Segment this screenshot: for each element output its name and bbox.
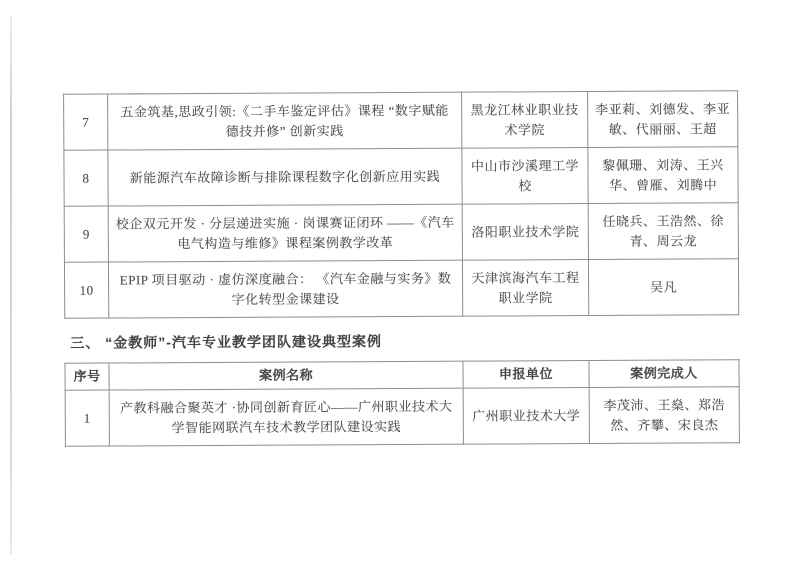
people-cell: 吴凡: [588, 259, 738, 316]
scanned-document-page: 7 五金筑基,思政引领:《二手车鉴定评估》课程 “数字赋能 德技并修” 创新实践…: [0, 0, 800, 566]
table-row: 8 新能源汽车故障诊断与排除课程数字化创新应用实践 中山市沙溪理工学校 黎佩珊、…: [64, 147, 738, 207]
case-title-cell: 新能源汽车故障诊断与排除课程数字化创新应用实践: [108, 148, 462, 206]
table-header-row: 序号 案例名称 申报单位 案例完成人: [65, 360, 739, 391]
section-heading: 三、 “金教师”-汽车专业教学团队建设典型案例: [70, 329, 740, 353]
org-cell: 黑龙江林业职业技术学院: [462, 92, 588, 149]
row-number-cell: 8: [64, 150, 108, 206]
case-title-cell: 产教科融合聚英才 ·协同创新育匠心——广州职业技术大学智能网联汽车技术教学团队建…: [109, 388, 463, 446]
org-cell: 中山市沙溪理工学校: [462, 148, 588, 205]
table-row: 7 五金筑基,思政引领:《二手车鉴定评估》课程 “数字赋能 德技并修” 创新实践…: [64, 91, 738, 151]
row-number-cell: 9: [64, 206, 108, 262]
case-title-cell: EPIP 项目驱动 · 虚仿深度融合： 《汽车金融与实务》数字化转型金课建设: [108, 260, 462, 318]
header-org: 申报单位: [463, 361, 589, 389]
org-cell: 广州职业技术大学: [463, 388, 589, 445]
table-row: 9 校企双元开发 · 分层递进实施 · 岗课赛证闭环 ——《汽车电气构造与维修》…: [64, 203, 738, 263]
header-case-title: 案例名称: [109, 361, 463, 390]
people-cell: 李亚莉、刘德发、李亚敏、代丽丽、王超: [588, 91, 738, 148]
header-people: 案例完成人: [589, 360, 739, 388]
header-no: 序号: [65, 363, 109, 390]
scan-page-edge: [10, 16, 12, 554]
table-row: 10 EPIP 项目驱动 · 虚仿深度融合： 《汽车金融与实务》数字化转型金课建…: [64, 259, 738, 319]
team-case-table: 序号 案例名称 申报单位 案例完成人 1 产教科融合聚英才 ·协同创新育匠心——…: [64, 359, 739, 447]
table-row: 1 产教科融合聚英才 ·协同创新育匠心——广州职业技术大学智能网联汽车技术教学团…: [65, 387, 739, 447]
people-cell: 李茂沛、王燊、郑浩然、齐攀、宋良杰: [589, 387, 739, 444]
row-number-cell: 10: [64, 262, 108, 318]
row-number-cell: 7: [64, 94, 108, 150]
people-cell: 任晓兵、王浩然、徐青、周云龙: [588, 203, 738, 260]
people-cell: 黎佩珊、刘涛、王兴华、曾雁、刘腾中: [588, 147, 738, 204]
course-case-table: 7 五金筑基,思政引领:《二手车鉴定评估》课程 “数字赋能 德技并修” 创新实践…: [63, 90, 739, 319]
document-content: 7 五金筑基,思政引领:《二手车鉴定评估》课程 “数字赋能 德技并修” 创新实践…: [63, 90, 741, 447]
row-number-cell: 1: [65, 390, 109, 446]
case-title-cell: 校企双元开发 · 分层递进实施 · 岗课赛证闭环 ——《汽车电气构造与维修》课程…: [108, 204, 462, 262]
org-cell: 洛阳职业技术学院: [462, 204, 588, 261]
org-cell: 天津滨海汽车工程职业学院: [462, 260, 588, 317]
case-title-cell: 五金筑基,思政引领:《二手车鉴定评估》课程 “数字赋能 德技并修” 创新实践: [108, 92, 462, 150]
